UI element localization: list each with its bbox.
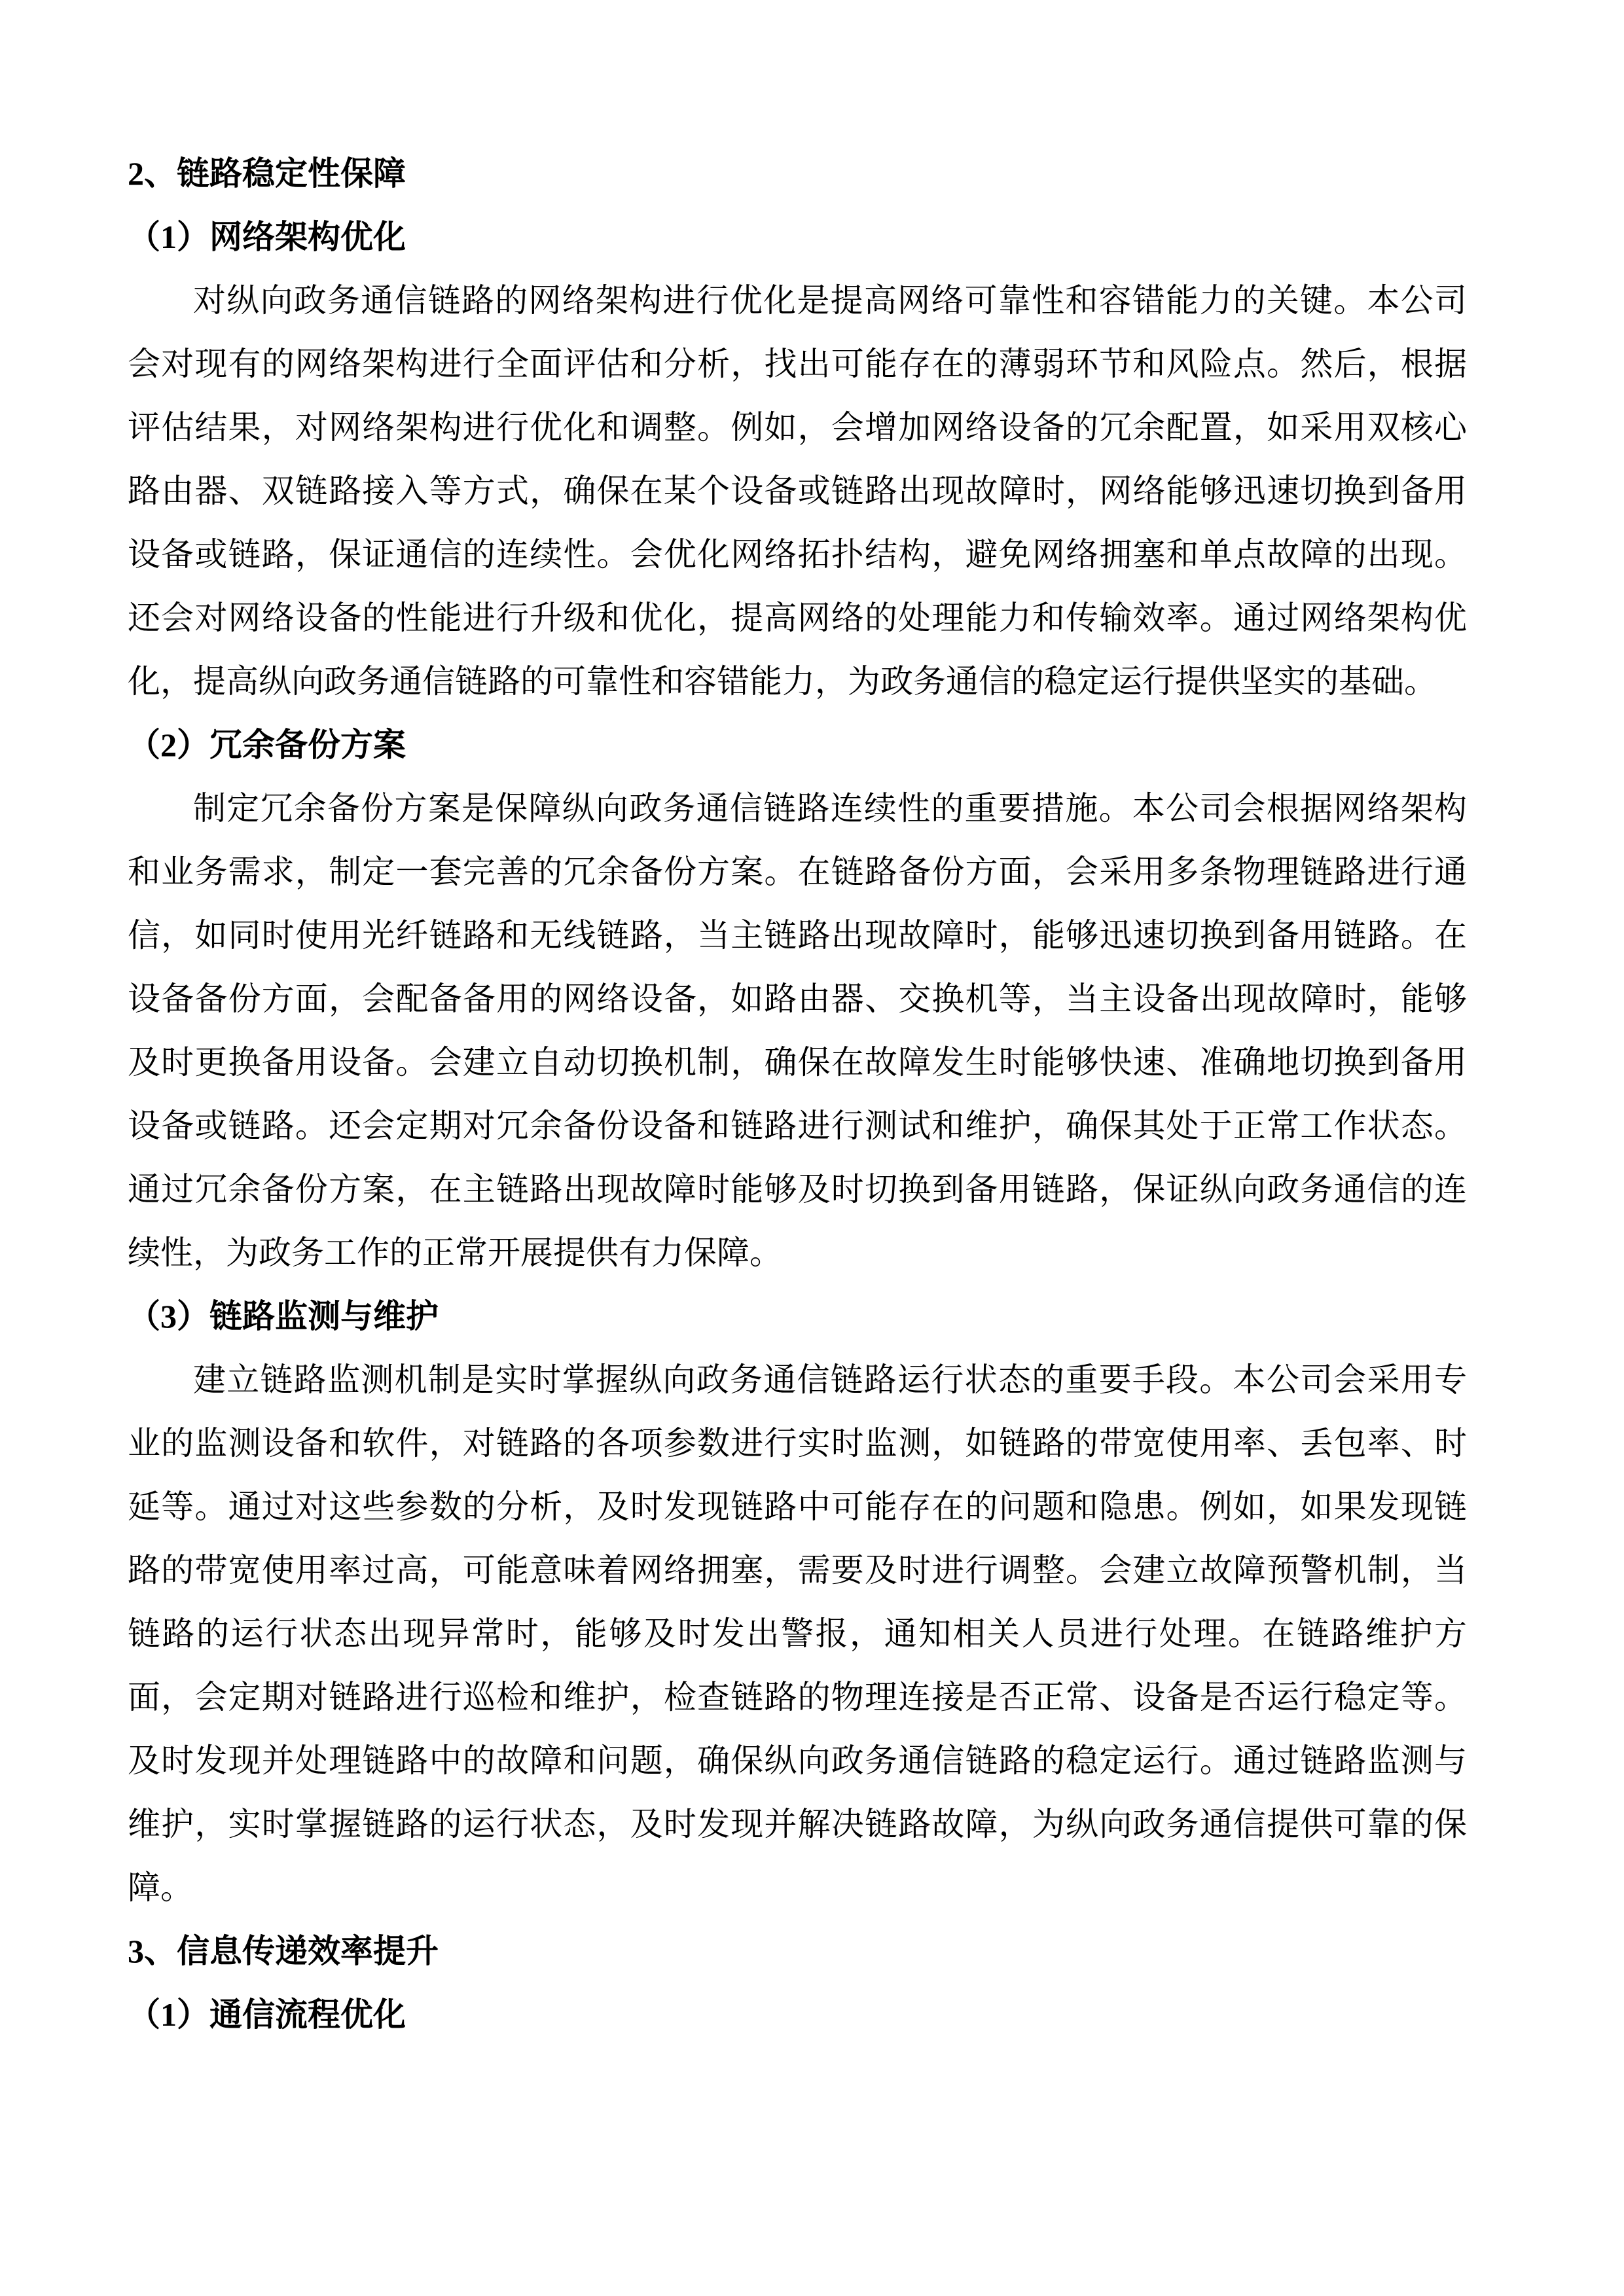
subsection-heading-network-architecture: （1）网络架构优化 [128,206,1467,269]
paragraph-redundancy-backup: 制定冗余备份方案是保障纵向政务通信链路连续性的重要措施。本公司会根据网络架构和业… [128,777,1467,1285]
subsection-heading-redundancy-backup: （2）冗余备份方案 [128,713,1467,777]
section-heading-link-stability: 2、链路稳定性保障 [128,142,1467,206]
subsection-heading-communication-process: （1）通信流程优化 [128,1983,1467,2047]
document-content: 2、链路稳定性保障 （1）网络架构优化 对纵向政务通信链路的网络架构进行优化是提… [128,142,1467,2047]
paragraph-link-monitoring: 建立链路监测机制是实时掌握纵向政务通信链路运行状态的重要手段。本公司会采用专业的… [128,1348,1467,1920]
section-heading-information-efficiency: 3、信息传递效率提升 [128,1920,1467,1983]
subsection-heading-link-monitoring: （3）链路监测与维护 [128,1285,1467,1348]
paragraph-network-architecture: 对纵向政务通信链路的网络架构进行优化是提高网络可靠性和容错能力的关键。本公司会对… [128,269,1467,713]
document-page: 2、链路稳定性保障 （1）网络架构优化 对纵向政务通信链路的网络架构进行优化是提… [0,0,1624,2296]
